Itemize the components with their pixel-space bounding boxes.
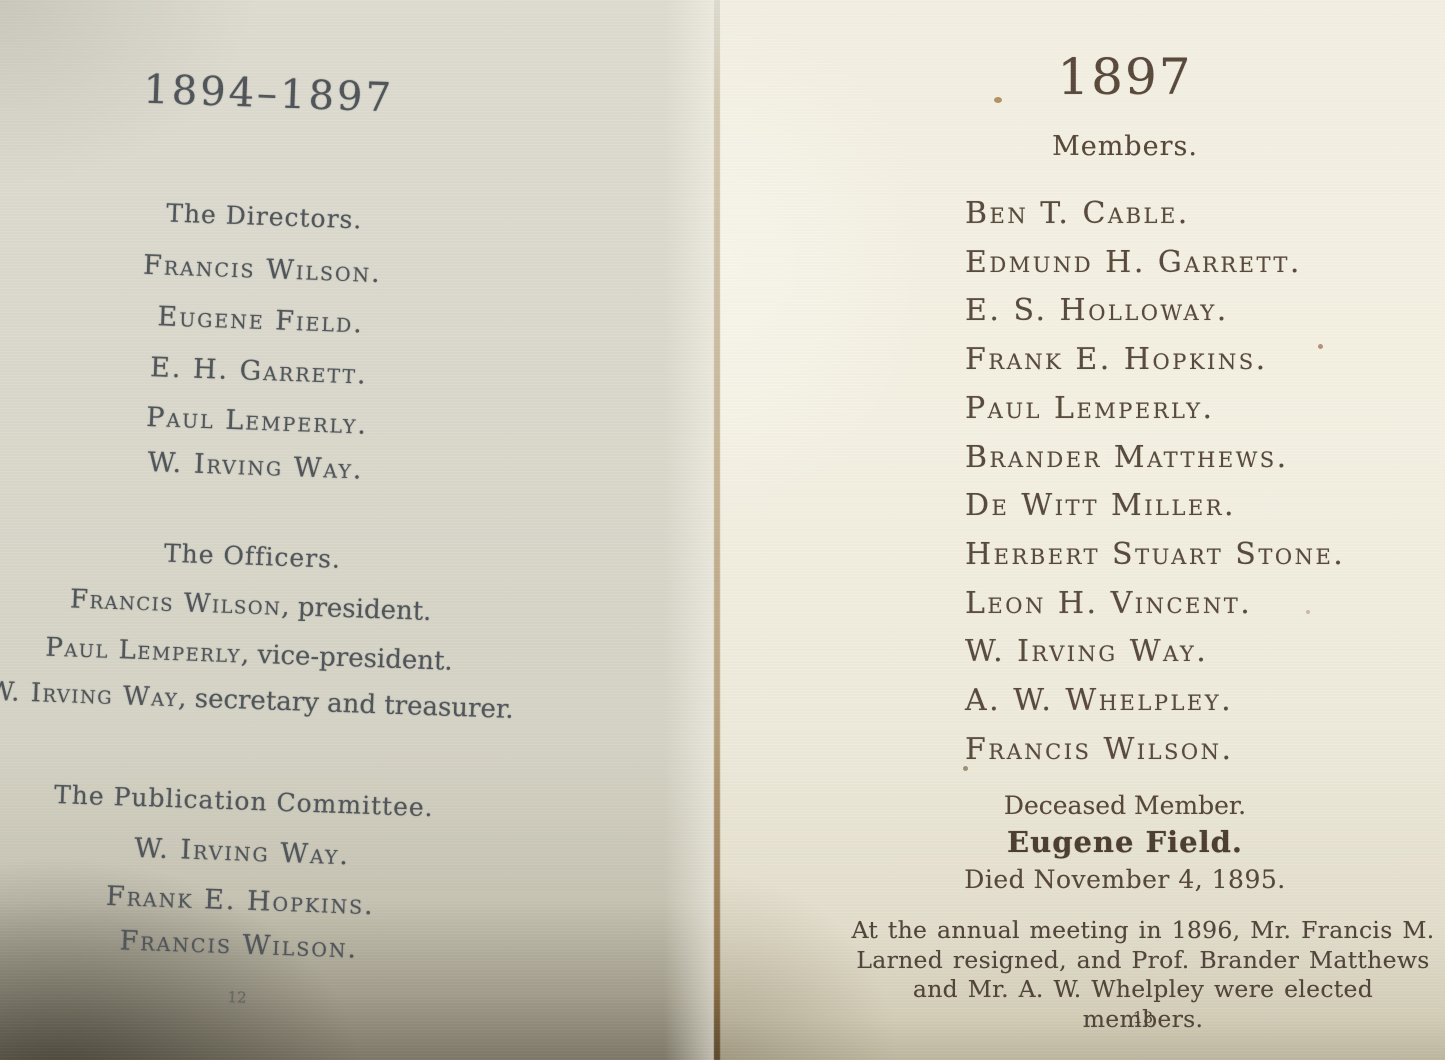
member-entry: Paul Lemperly. — [965, 385, 1445, 434]
paper-speck — [1306, 610, 1310, 614]
director-entry: Paul Lemperly. — [0, 397, 518, 446]
members-list: Ben T. Cable. Edmund H. Garrett. E. S. H… — [965, 190, 1445, 774]
director-entry: Francis Wilson. — [2, 245, 523, 294]
paper-speck — [1318, 344, 1323, 349]
committee-entry: Francis Wilson. — [0, 920, 499, 969]
member-entry: Frank E. Hopkins. — [965, 336, 1445, 385]
left-page-heading: 1894–1897 — [8, 62, 529, 126]
right-page-heading: 1897 — [770, 48, 1445, 106]
deceased-died: Died November 4, 1895. — [770, 865, 1445, 894]
paper-speck — [994, 97, 1002, 103]
officer-entry: Francis Wilson, president. — [0, 582, 511, 630]
officer-entry: Paul Lemperly, vice-president. — [0, 631, 509, 679]
right-page-number: 13 — [848, 1008, 1438, 1027]
committee-title: The Publication Committee. — [0, 778, 504, 825]
member-entry: Herbert Stuart Stone. — [965, 531, 1445, 580]
committee-entry: Frank E. Hopkins. — [0, 876, 501, 925]
right-page-content: 1897 Members. Ben T. Cable. Edmund H. Ga… — [770, 0, 1445, 1060]
member-entry: Brander Matthews. — [965, 434, 1445, 483]
officer-entry: W. Irving Way, secretary and treasurer. — [0, 677, 508, 725]
committee-entry: W. Irving Way. — [0, 828, 503, 877]
officer-name: W. Irving Way — [0, 677, 179, 714]
paper-speck — [963, 766, 968, 771]
officer-role: , vice-president. — [240, 639, 453, 676]
officer-role: , secretary and treasurer. — [178, 683, 514, 725]
member-entry: De Witt Miller. — [965, 482, 1445, 531]
gutter-crease — [714, 0, 720, 1060]
member-entry: A. W. Whelpley. — [965, 677, 1445, 726]
member-entry: Ben T. Cable. — [965, 190, 1445, 239]
member-entry: Francis Wilson. — [965, 726, 1445, 775]
member-entry: Edmund H. Garrett. — [965, 239, 1445, 288]
officer-role: , president. — [281, 592, 432, 627]
director-entry: E. H. Garrett. — [0, 347, 519, 396]
gutter-highlight — [664, 0, 714, 1060]
directors-title: The Directors. — [4, 193, 525, 240]
deceased-title: Deceased Member. — [770, 791, 1445, 820]
member-entry: W. Irving Way. — [965, 628, 1445, 677]
deceased-name: Eugene Field. — [770, 825, 1445, 859]
director-entry: Eugene Field. — [0, 296, 521, 345]
director-entry: W. Irving Way. — [0, 442, 516, 491]
book-photo: 1894–1897 The Directors. Francis Wilson.… — [0, 0, 1445, 1060]
members-subheading: Members. — [770, 131, 1445, 162]
officer-name: Paul Lemperly — [45, 633, 242, 670]
member-entry: Leon H. Vincent. — [965, 580, 1445, 629]
left-page-content: 1894–1897 The Directors. Francis Wilson.… — [0, 50, 530, 1060]
officer-name: Francis Wilson — [70, 584, 282, 621]
left-page-number: 12 — [0, 979, 497, 1015]
officers-title: The Officers. — [0, 533, 513, 580]
member-entry: E. S. Holloway. — [965, 287, 1445, 336]
